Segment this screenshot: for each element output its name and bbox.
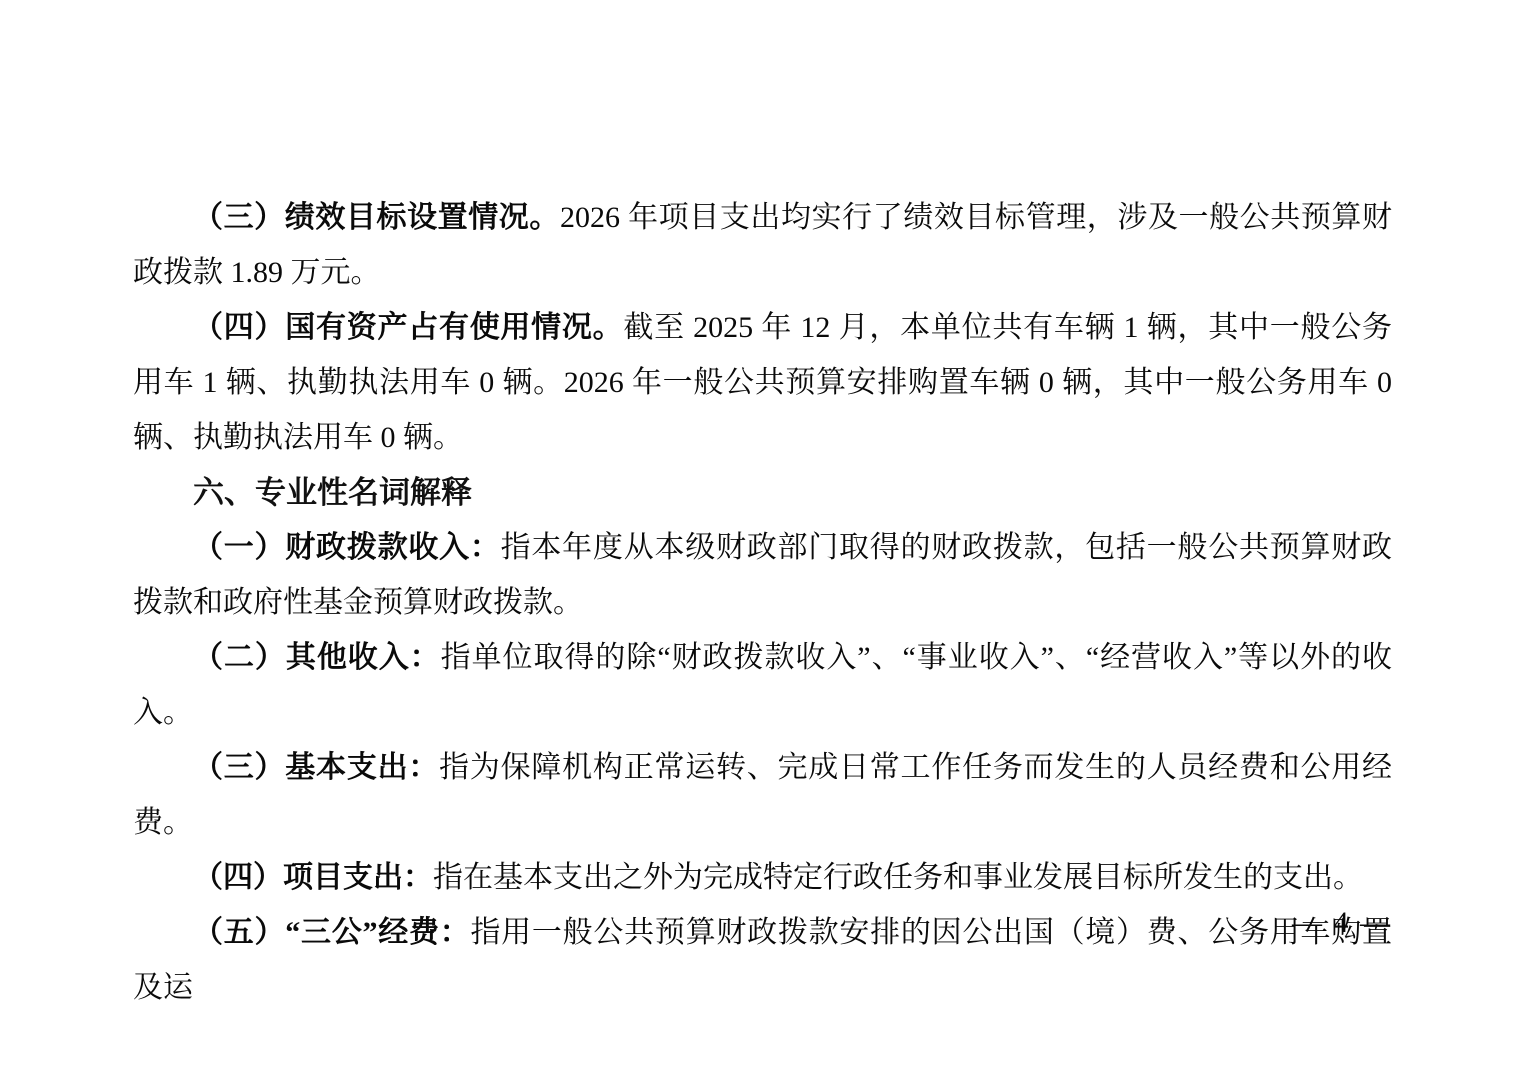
glossary-lead-other-income: （二）其他收入： <box>193 641 441 674</box>
document-body: （三）绩效目标设置情况。2026 年项目支出均实行了绩效目标管理，涉及一般公共预… <box>133 190 1392 1015</box>
paragraph-lead-performance-target: （三）绩效目标设置情况。 <box>193 201 560 234</box>
document-page: （三）绩效目标设置情况。2026 年项目支出均实行了绩效目标管理，涉及一般公共预… <box>0 0 1520 1074</box>
paragraph-lead-state-owned-assets: （四）国有资产占有使用情况。 <box>193 311 623 344</box>
glossary-lead-three-public-funds: （五）“三公”经费： <box>193 916 470 949</box>
heading-glossary: 六、专业性名词解释 <box>133 465 1392 520</box>
glossary-text-project-expenditure: 指在基本支出之外为完成特定行政任务和事业发展目标所发生的支出。 <box>433 861 1363 894</box>
glossary-lead-basic-expenditure: （三）基本支出： <box>193 751 439 784</box>
glossary-lead-fiscal-appropriation-income: （一）财政拨款收入： <box>193 531 501 564</box>
page-number: — 4 — <box>1292 903 1392 943</box>
glossary-item-fiscal-appropriation-income: （一）财政拨款收入：指本年度从本级财政部门取得的财政拨款，包括一般公共预算财政拨… <box>133 520 1392 630</box>
glossary-item-project-expenditure: （四）项目支出：指在基本支出之外为完成特定行政任务和事业发展目标所发生的支出。 <box>133 850 1392 905</box>
glossary-item-basic-expenditure: （三）基本支出：指为保障机构正常运转、完成日常工作任务而发生的人员经费和公用经费… <box>133 740 1392 850</box>
paragraph-state-owned-assets: （四）国有资产占有使用情况。截至 2025 年 12 月，本单位共有车辆 1 辆… <box>133 300 1392 465</box>
paragraph-performance-target-setting: （三）绩效目标设置情况。2026 年项目支出均实行了绩效目标管理，涉及一般公共预… <box>133 190 1392 300</box>
glossary-item-other-income: （二）其他收入：指单位取得的除“财政拨款收入”、“事业收入”、“经营收入”等以外… <box>133 630 1392 740</box>
glossary-item-three-public-funds: （五）“三公”经费：指用一般公共预算财政拨款安排的因公出国（境）费、公务用车购置… <box>133 905 1392 1015</box>
glossary-lead-project-expenditure: （四）项目支出： <box>193 861 433 894</box>
